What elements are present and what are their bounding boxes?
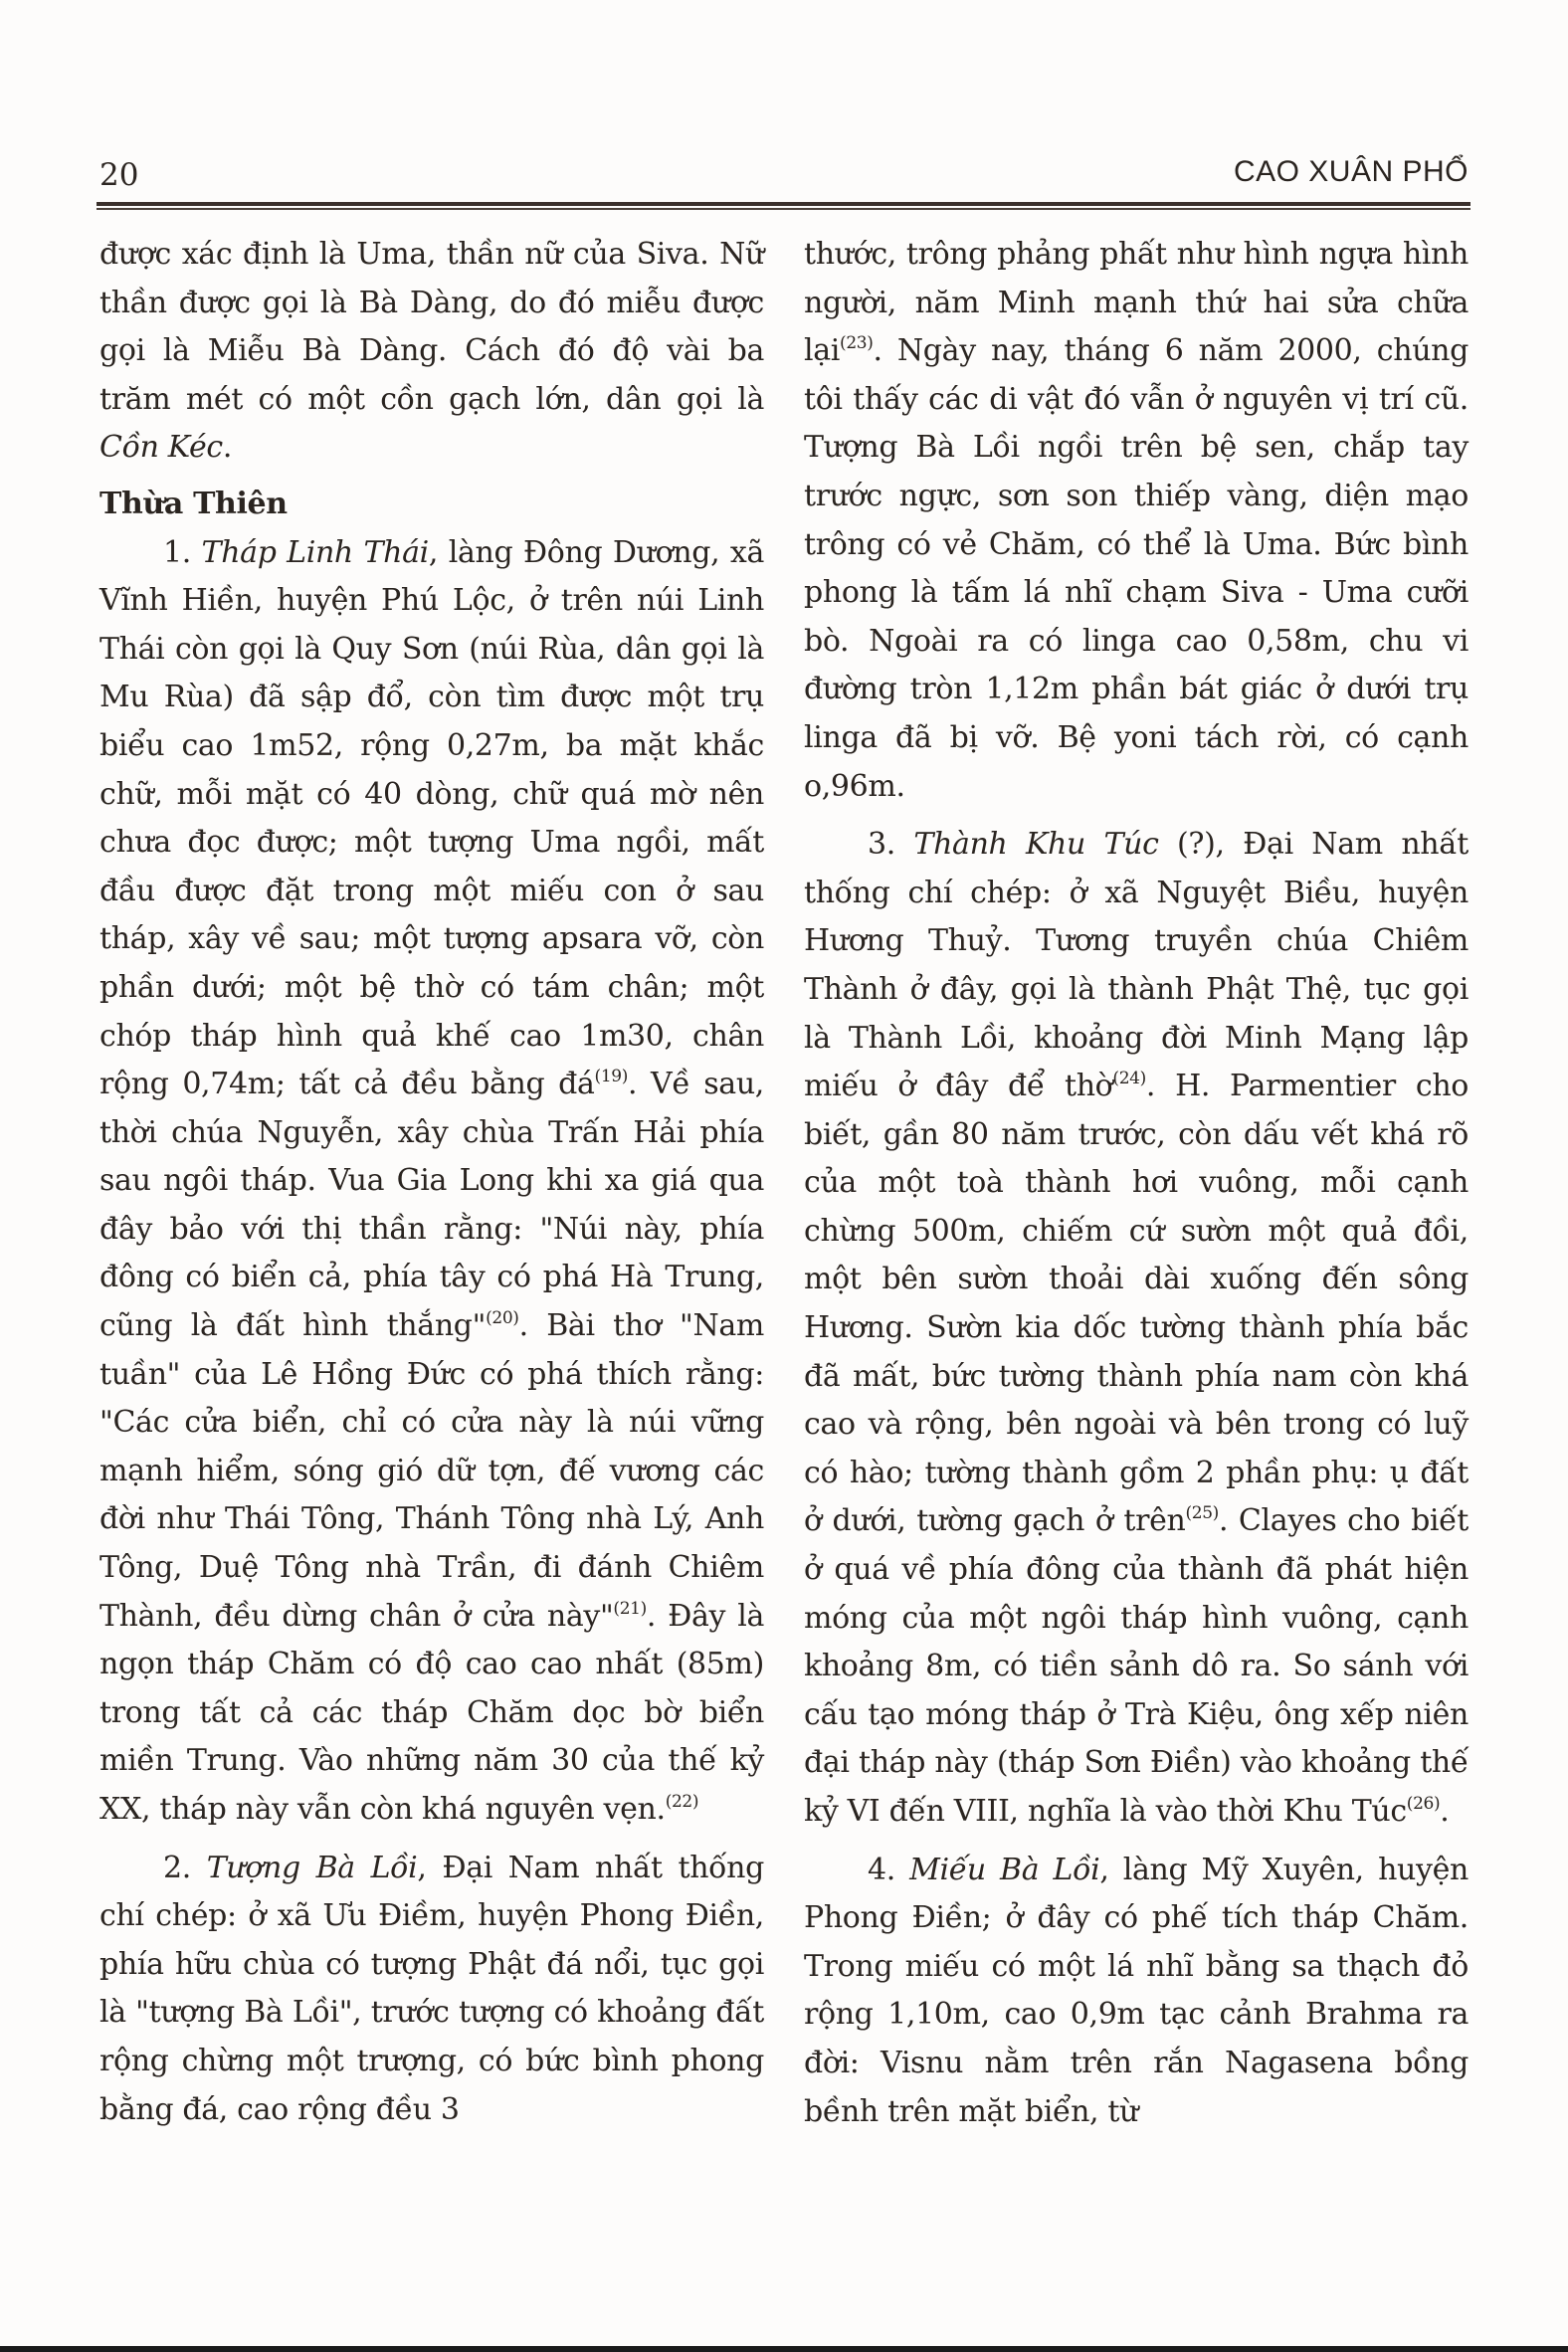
text-span: được xác định là Uma, thần nữ của Siva. … [99,237,764,417]
scan-bottom-edge [0,2346,1568,2352]
left-column: được xác định là Uma, thần nữ của Siva. … [99,231,764,2134]
footnote-ref[interactable]: (20) [486,1308,519,1328]
entry-2-tuong-ba-loi: 2. Tượng Bà Lồi, Đại Nam nhất thống chí … [99,1845,764,2135]
entry-1-thap-linh-thai: 1. Tháp Linh Thái, làng Đông Dương, xã V… [99,529,764,1835]
entry-4-mieu-ba-loi: 4. Miếu Bà Lồi, làng Mỹ Xuyên, huyện Pho… [804,1847,1469,2137]
text-span: . Clayes cho biết ở quá về phía đông của… [804,1503,1469,1829]
entry-3-thanh-khu-tuc: 3. Thành Khu Túc (?), Đại Nam nhất thống… [804,821,1469,1836]
text-span: . H. Parmentier cho biết, gần 80 năm trư… [804,1069,1469,1538]
text-span: . Bài thơ "Nam tuần" của Lê Hồng Đức có … [99,1308,764,1634]
entry-title: Tháp Linh Thái [202,535,429,570]
footnote-ref[interactable]: (22) [666,1792,699,1812]
text-span: (?), Đại Nam nhất thống chí chép: ở xã N… [804,827,1469,1103]
entry-title: Tượng Bà Lồi [207,1851,418,1885]
paragraph-continued: được xác định là Uma, thần nữ của Siva. … [99,231,764,473]
footnote-ref[interactable]: (24) [1112,1069,1146,1088]
header-rule-thick [97,202,1470,206]
right-column: thước, trông phảng phất như hình ngựa hì… [804,231,1469,2136]
italic-place-name: Cồn Kéc [99,430,223,465]
text-span: . Về sau, thời chúa Nguyễn, xây chùa Trấ… [99,1067,764,1343]
entry-title: Miếu Bà Lồi [909,1853,1099,1887]
entry-number: 1. [163,535,202,570]
entry-number: 2. [163,1851,207,1885]
footnote-ref[interactable]: (25) [1185,1503,1219,1523]
text-span: . [1440,1794,1449,1829]
text-span: . Ngày nay, tháng 6 năm 2000, chúng tôi … [804,333,1469,803]
section-heading: Thừa Thiên [99,481,764,529]
footnote-ref[interactable]: (21) [613,1599,647,1619]
footnote-ref[interactable]: (23) [840,333,874,353]
text-span: , Đại Nam nhất thống chí chép: ở xã Ưu Đ… [99,1851,764,2127]
text-span: , làng Đông Dương, xã Vĩnh Hiền, huyện P… [99,535,764,1102]
text-span: , làng Mỹ Xuyên, huyện Phong Điền; ở đây… [804,1853,1469,2129]
footnote-ref[interactable]: (19) [595,1067,629,1086]
header-double-rule [97,202,1470,212]
header-rule-thin [97,208,1470,210]
page-number: 20 [99,157,138,193]
entry-title: Thành Khu Túc [913,827,1158,862]
text-span: . [223,430,232,465]
footnote-ref[interactable]: (26) [1407,1794,1441,1814]
paragraph-continued: thước, trông phảng phất như hình ngựa hì… [804,231,1469,811]
running-head-author: CAO XUÂN PHỔ [1234,155,1469,189]
entry-number: 3. [868,827,913,862]
entry-number: 4. [868,1853,909,1887]
